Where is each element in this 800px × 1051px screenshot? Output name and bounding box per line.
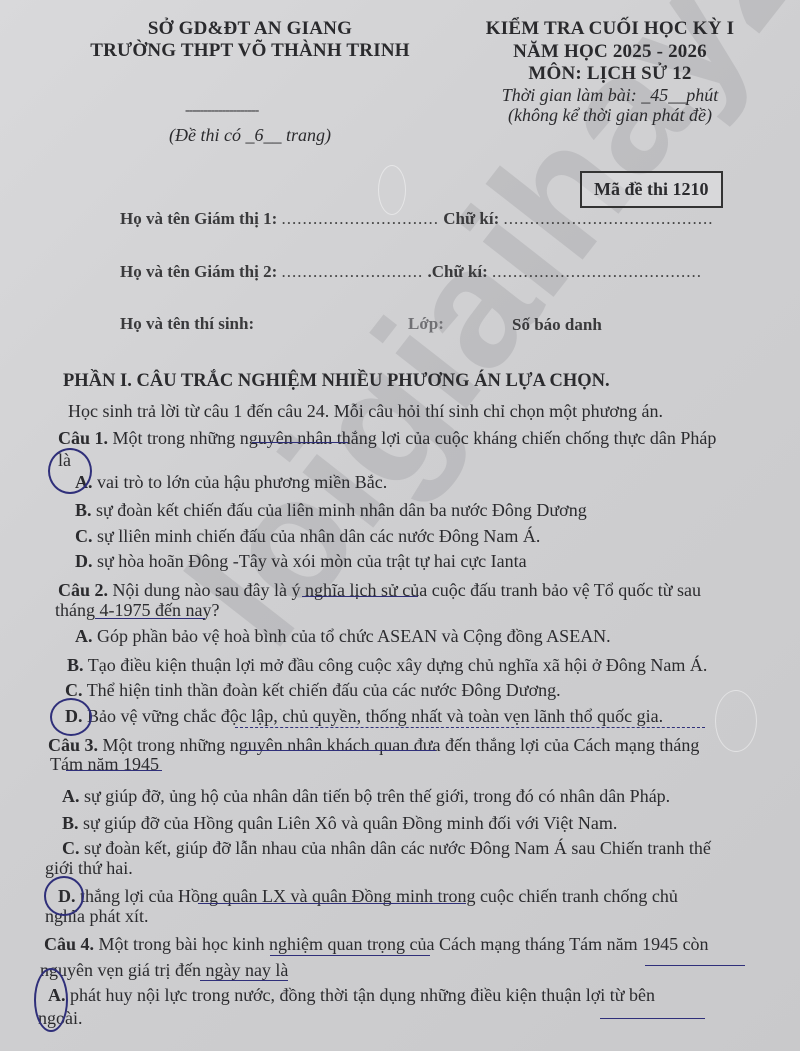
proctor2-row: Họ và tên Giám thị 2: ..................…: [120, 262, 702, 282]
proctor1-label: Họ và tên Giám thị 1:: [120, 209, 277, 228]
underline-mark: [66, 770, 162, 771]
school-year: NĂM HỌC 2025 - 2026: [460, 41, 760, 63]
paper-stain: [378, 165, 406, 215]
underline-mark: [645, 965, 745, 966]
q2-option-d[interactable]: D. Bảo vệ vững chắc độc lập, chủ quyền, …: [65, 706, 663, 727]
signature1-label: Chữ kí:: [443, 209, 499, 228]
q1-option-c[interactable]: C. sự lliên minh chiến đấu của nhân dân …: [75, 526, 540, 547]
section-title: PHẦN I. CÂU TRẮC NGHIỆM NHIỀU PHƯƠNG ÁN …: [63, 371, 610, 392]
question-text: Nội dung nào sau đây là ý nghĩa lịch sử …: [113, 580, 702, 600]
class-label[interactable]: Lớp:: [408, 314, 444, 334]
proctor2-label: Họ và tên Giám thị 2:: [120, 262, 277, 281]
pages-note: (Đề thi có _6__ trang): [150, 125, 350, 146]
q1-option-a[interactable]: A. vai trò to lớn của hậu phương miền Bắ…: [75, 472, 387, 493]
underline-mark: [200, 980, 288, 981]
underline-mark: [302, 596, 418, 597]
q3-option-a[interactable]: A. sự giúp đỡ, ủng hộ của nhân dân tiến …: [62, 786, 670, 807]
q1-option-d[interactable]: D. sự hòa hoãn Đông -Tây và xói mòn của …: [75, 551, 527, 572]
underline-mark: [235, 727, 705, 728]
question-4: Câu 4. Một trong bài học kinh nghiệm qua…: [44, 932, 709, 956]
q2-option-a[interactable]: A. Góp phần bảo vệ hoà bình của tổ chức …: [75, 626, 611, 647]
q2-option-c[interactable]: C. Thể hiện tinh thần đoàn kết chiến đấu…: [65, 680, 561, 701]
q3-option-c[interactable]: C. sự đoàn kết, giúp đỡ lẫn nhau của nhâ…: [62, 838, 711, 859]
exam-title: KIỂM TRA CUỐI HỌC KỲ I: [460, 18, 760, 40]
q2-option-b[interactable]: B. Tạo điều kiện thuận lợi mở đầu công c…: [67, 655, 707, 676]
answer-circle-mark: [44, 876, 84, 916]
exam-page: loigiaihay247.com SỞ GD&ĐT AN GIANG TRƯỜ…: [0, 0, 800, 1051]
signature2-field[interactable]: ........................................: [492, 262, 702, 281]
candidate-number-label[interactable]: Số báo danh: [512, 315, 602, 335]
underline-mark: [95, 618, 205, 619]
proctor1-row: Họ và tên Giám thị 1: ..................…: [120, 209, 714, 229]
signature2-label: .Chữ kí:: [428, 262, 488, 281]
question-4-cont: nguyên vẹn giá trị đến ngày nay là: [40, 958, 288, 982]
question-label: Câu 2.: [58, 580, 108, 600]
time-note-2: (không kể thời gian phát đề): [460, 105, 760, 126]
time-note: Thời gian làm bài: _45__phút: [460, 85, 760, 106]
subject: MÔN: LỊCH SỬ 12: [460, 63, 760, 85]
q1-option-b[interactable]: B. sự đoàn kết chiến đấu của liên minh n…: [75, 500, 587, 521]
question-3-cont: Tám năm 1945: [50, 752, 159, 776]
answer-circle-mark: [34, 968, 68, 1032]
answer-circle-mark: [50, 698, 92, 736]
q3-option-b[interactable]: B. sự giúp đỡ của Hồng quân Liên Xô và q…: [62, 813, 617, 834]
underline-mark: [600, 1018, 705, 1019]
section-instruction: Học sinh trả lời từ câu 1 đến câu 24. Mỗ…: [68, 399, 663, 423]
proctor2-field[interactable]: ...........................: [282, 262, 424, 281]
underline-mark: [270, 955, 430, 956]
underline-mark: [198, 903, 466, 904]
signature1-field[interactable]: ........................................: [504, 209, 714, 228]
question-label: Câu 4.: [44, 934, 94, 954]
student-name-label[interactable]: Họ và tên thí sinh:: [120, 314, 254, 334]
underline-mark: [240, 750, 436, 751]
question-1: Câu 1. Một trong những nguyên nhân thắng…: [58, 426, 716, 450]
question-text: Một trong những nguyên nhân thắng lợi củ…: [113, 428, 717, 448]
paper-stain: [715, 690, 757, 752]
question-text: Một trong bài học kinh nghiệm quan trọng…: [99, 934, 709, 954]
question-text: Một trong những nguyên nhân khách quan đ…: [103, 735, 700, 755]
q4-option-a[interactable]: A. phát huy nội lực trong nước, đồng thờ…: [48, 985, 655, 1006]
exam-code-box: Mã đề thi 1210: [580, 171, 723, 208]
proctor1-field[interactable]: ..............................: [282, 209, 440, 228]
answer-circle-mark: [48, 448, 92, 494]
question-label: Câu 1.: [58, 428, 108, 448]
header-divider: --------------------: [185, 103, 258, 119]
department-name: SỞ GD&ĐT AN GIANG: [100, 18, 400, 40]
school-name: TRƯỜNG THPT VÕ THÀNH TRINH: [80, 40, 420, 62]
underline-mark: [252, 442, 348, 443]
